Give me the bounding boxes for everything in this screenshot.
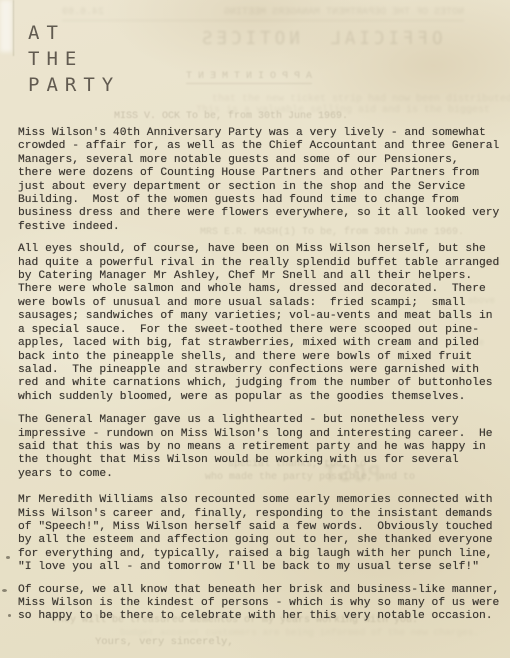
article-body: Miss Wilson's 40th Anniversary Party was…: [18, 121, 504, 624]
paragraph-party-overview: Miss Wilson's 40th Anniversary Party was…: [18, 127, 504, 234]
scanned-newsletter-page: NOTES OF THE DEPARTMENT MANAGERS MEETING…: [0, 0, 510, 658]
scan-edge-highlight: [0, 0, 12, 52]
article-title: AT THE PARTY: [28, 20, 120, 98]
bleedthrough-appointment-heading: A P P O I N T M E N T: [186, 71, 312, 84]
ink-speck: [6, 556, 10, 559]
title-line-party: PARTY: [28, 72, 120, 98]
paragraph-buffet: All eyes should, of course, have been on…: [18, 243, 504, 404]
ink-speck: [2, 589, 7, 592]
bleedthrough-official-notices: OFFICIAL NOTICES: [198, 29, 443, 49]
ink-speck: [8, 614, 11, 617]
bleedthrough-header-line: NOTES OF THE DEPARTMENT MANAGERS MEETING…: [62, 7, 464, 21]
paper-crease: [13, 0, 14, 56]
title-line-the: THE: [28, 46, 120, 72]
paragraph-general-manager: The General Manager gave us a lightheart…: [18, 414, 504, 481]
paragraph-closing: Of course, we all know that beneath her …: [18, 584, 504, 624]
bleedthrough-fragment: that the new ticket strip had now been d…: [212, 94, 510, 105]
bleedthrough-closing-line: Yours, very sincerely,: [95, 636, 234, 648]
paragraph-speeches: Mr Meredith Williams also recounted some…: [18, 494, 504, 574]
bleedthrough-header-text: NOTES OF THE DEPARTMENT MANAGERS MEETING: [224, 7, 464, 18]
title-line-at: AT: [28, 20, 120, 46]
bleedthrough-header-date: 24.6.69: [62, 7, 104, 18]
